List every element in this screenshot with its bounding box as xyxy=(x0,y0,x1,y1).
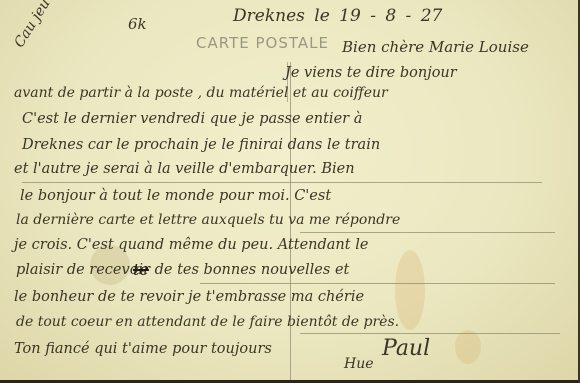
greeting: Bien chère Marie Louise xyxy=(342,40,529,55)
line-3: C'est le dernier vendredi que je passe e… xyxy=(22,112,362,127)
line-9: plaisir de recevoir de tes bonnes nouvel… xyxy=(16,263,349,278)
printed-title: CARTE POSTALE xyxy=(196,34,329,52)
line-6: le bonjour à tout le monde pour moi. C'e… xyxy=(20,189,331,204)
ruled-line xyxy=(300,333,560,334)
line-12: Ton fiancé qui t'aime pour toujours xyxy=(14,342,272,357)
line-10: le bonheur de te revoir je t'embrasse ma… xyxy=(14,290,364,305)
corner-mark: 6k xyxy=(128,17,147,32)
ruled-line xyxy=(300,232,555,233)
line-4: Dreknes car le prochain je le finirai da… xyxy=(22,138,380,153)
stain xyxy=(455,330,481,364)
ruled-line xyxy=(22,182,542,183)
signature-extra: Hue xyxy=(344,357,374,371)
struck-text: te xyxy=(133,262,149,278)
line-7: la dernière carte et lettre auxquels tu … xyxy=(16,213,400,227)
margin-note: Cau jeu xyxy=(12,0,53,50)
stain xyxy=(395,250,425,330)
line-5: et l'autre je serai à la veille d'embarq… xyxy=(14,162,355,177)
line-2: avant de partir à la poste , du matériel… xyxy=(14,86,388,100)
date-line: Dreknes le 19 - 8 - 27 xyxy=(233,8,442,25)
postcard: CARTE POSTALE Cau jeu 6k Dreknes le 19 -… xyxy=(0,0,580,383)
ruled-line xyxy=(200,283,555,284)
line-1: Je viens te dire bonjour xyxy=(285,66,457,81)
line-11: de tout coeur en attendant de le faire b… xyxy=(16,315,399,329)
line-8: je crois. C'est quand même du peu. Atten… xyxy=(14,238,368,253)
signature: Paul xyxy=(382,338,430,360)
